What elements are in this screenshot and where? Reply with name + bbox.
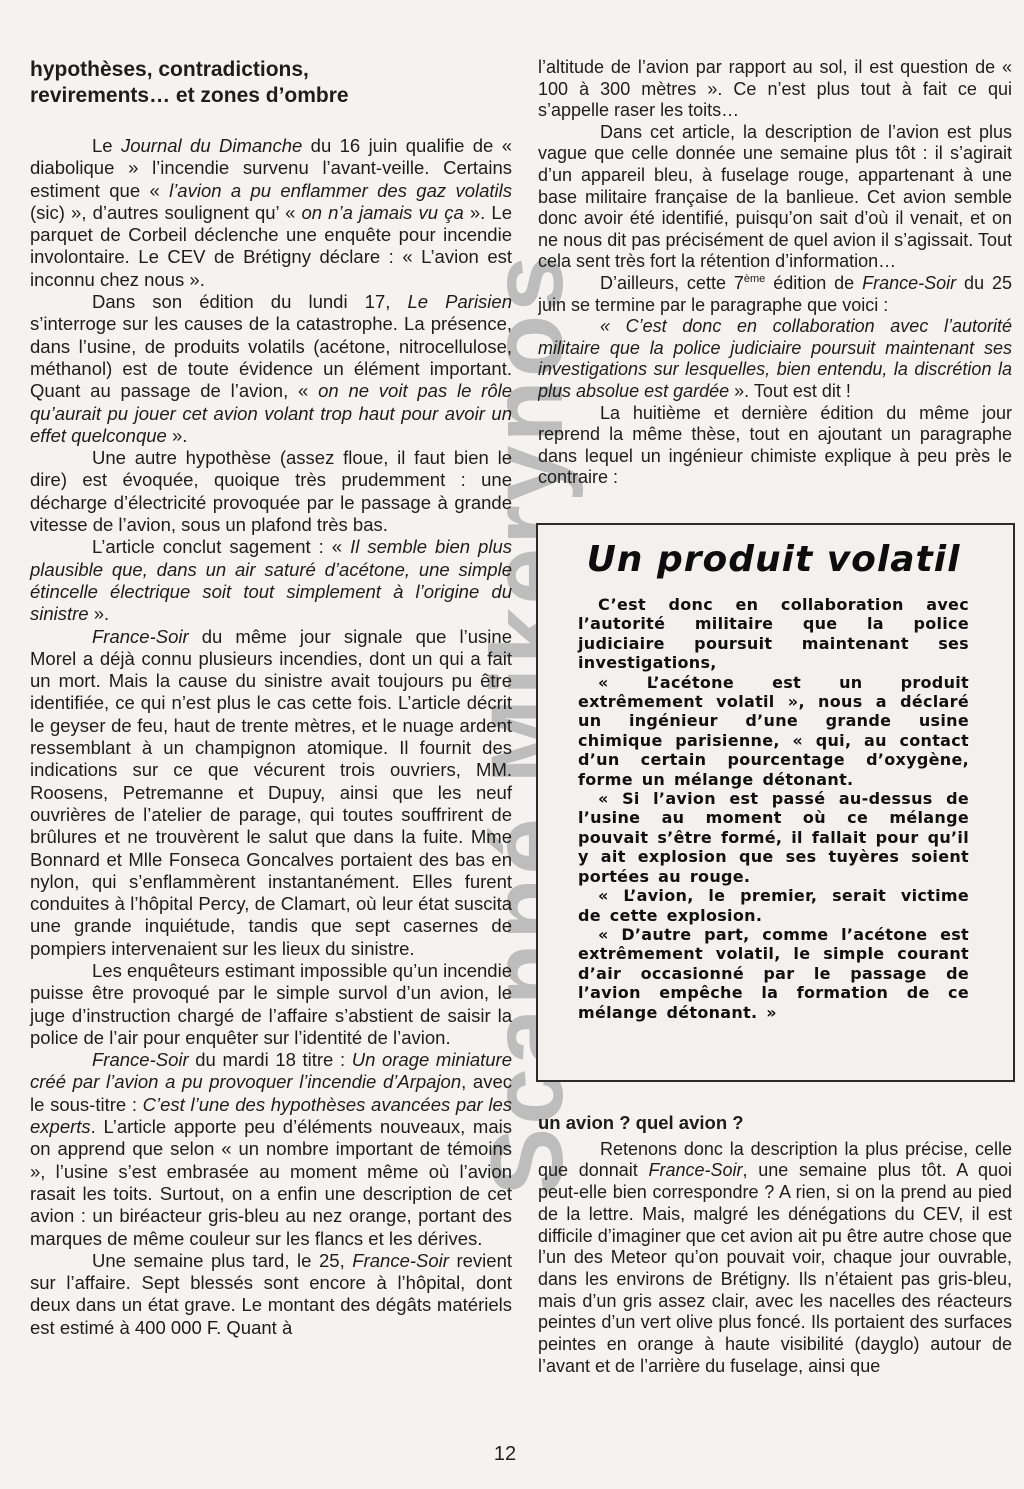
text-segment: , une semaine plus tôt. A quoi peut-elle… [538,1160,1012,1375]
text-segment: D’ailleurs, cette 7 [600,273,744,293]
paragraph: Le Journal du Dimanche du 16 juin qualif… [30,135,512,291]
paragraph: Dans cet article, la description de l’av… [538,122,1012,273]
text-segment: France-Soir [649,1160,743,1180]
text-segment: « L’avion, le premier, serait victime de… [578,886,969,924]
text-segment: C’est donc en collaboration avec l’autor… [578,595,969,672]
text-segment: L’article conclut sagement : « [92,536,350,557]
right-column-top-text: l’altitude de l’avion par rapport au sol… [538,57,1012,489]
text-segment: l’altitude de l’avion par rapport au sol… [538,57,1012,120]
text-segment: Une semaine plus tard, le 25, [92,1250,352,1271]
section-heading-line2: revirements… et zones d’ombre [30,83,512,109]
text-segment: ». [89,603,110,624]
paragraph: Retenons donc la description la plus pré… [538,1139,1012,1378]
text-segment: France-Soir [352,1250,449,1271]
text-segment: « Si l’avion est passé au-dessus de l’us… [578,789,969,886]
newspaper-clipping-box: Un produit volatil C’est donc en collabo… [536,523,1015,1082]
subsection-heading: un avion ? quel avion ? [538,1112,1012,1134]
text-segment: on n’a jamais vu ça [301,202,463,223]
text-segment: Une autre hypothèse (assez floue, il fau… [30,447,512,535]
clipping-title: Un produit volatil [578,539,969,581]
paragraph: C’est donc en collaboration avec l’autor… [578,595,969,673]
text-segment: du même jour signale que l’usine Morel a… [30,626,512,959]
text-segment: France-Soir [92,1049,189,1070]
paragraph: l’altitude de l’avion par rapport au sol… [538,57,1012,122]
paragraph: France-Soir du même jour signale que l’u… [30,626,512,960]
paragraph: Une autre hypothèse (assez floue, il fau… [30,447,512,536]
text-segment: ». [167,425,188,446]
paragraph: D’ailleurs, cette 7ème édition de France… [538,273,1012,316]
paragraph: L’article conclut sagement : « Il semble… [30,536,512,625]
text-segment: Le Parisien [407,291,512,312]
left-column-text: Le Journal du Dimanche du 16 juin qualif… [30,135,512,1339]
paragraph: Dans son édition du lundi 17, Le Parisie… [30,291,512,447]
text-segment: du mardi 18 titre : [189,1049,352,1070]
text-segment: Les enquêteurs estimant impossible qu’un… [30,960,512,1048]
paragraph: « C’est donc en collaboration avec l’aut… [538,316,1012,402]
scanned-document-page: Scanné Mikerynos hypothèses, contradicti… [0,0,1024,1489]
text-segment: l’avion a pu enflammer des gaz volatils [169,180,512,201]
paragraph: Une semaine plus tard, le 25, France-Soi… [30,1250,512,1339]
paragraph: « Si l’avion est passé au-dessus de l’us… [578,789,969,886]
section-heading-line1: hypothèses, contradictions, [30,57,512,83]
text-segment: . L’article apporte peu d’éléments nouve… [30,1116,512,1248]
text-segment: (sic) », d’autres soulignent qu’ « [30,202,301,223]
text-segment: Dans cet article, la description de l’av… [538,122,1012,272]
page-number: 12 [0,1443,1010,1466]
paragraph: Les enquêteurs estimant impossible qu’un… [30,960,512,1049]
paragraph: La huitième et dernière édition du même … [538,403,1012,489]
paragraph: « L’avion, le premier, serait victime de… [578,886,969,925]
text-segment: Journal du Dimanche [121,135,302,156]
right-column-top: l’altitude de l’avion par rapport au sol… [538,57,1012,521]
text-segment: ». Tout est dit ! [729,381,851,401]
text-segment: France-Soir [92,626,189,647]
paragraph: « L’acétone est un produit extrêmement v… [578,673,969,789]
left-column: hypothèses, contradictions, revirements…… [30,57,512,1339]
text-segment: « L’acétone est un produit extrêmement v… [578,673,969,789]
text-segment: Le [92,135,121,156]
right-column-bottom-text: Retenons donc la description la plus pré… [538,1139,1012,1378]
clipping-body: C’est donc en collaboration avec l’autor… [578,595,969,1022]
text-segment: ème [744,273,765,285]
text-segment: La huitième et dernière édition du même … [538,403,1012,488]
text-segment: édition de [765,273,862,293]
text-segment: « D’autre part, comme l’acétone est extr… [578,925,969,1022]
paragraph: « D’autre part, comme l’acétone est extr… [578,925,969,1022]
right-column-bottom: un avion ? quel avion ? Retenons donc la… [538,1112,1012,1412]
text-segment: France-Soir [862,273,956,293]
text-segment: Dans son édition du lundi 17, [92,291,407,312]
section-heading: hypothèses, contradictions, revirements…… [30,57,512,109]
paragraph: France-Soir du mardi 18 titre : Un orage… [30,1049,512,1250]
